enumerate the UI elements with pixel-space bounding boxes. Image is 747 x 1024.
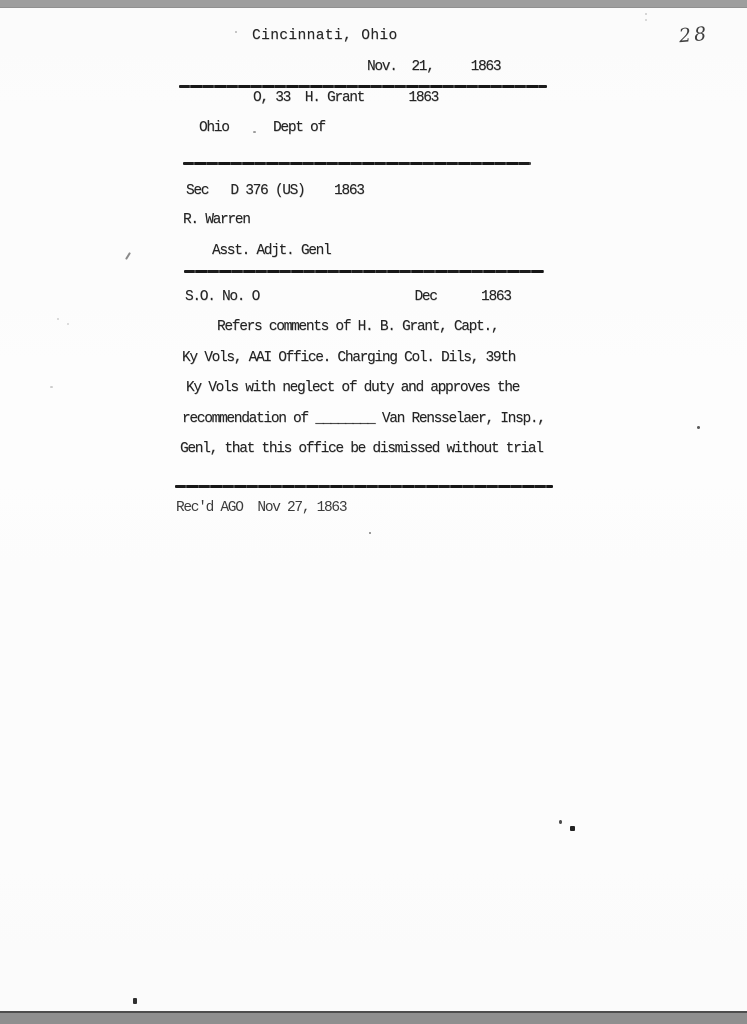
order-body-line-2: Ky Vols, AAI Office. Charging Col. Dils,…: [182, 351, 515, 366]
endorsement-title-line: Asst. Adjt. Genl: [212, 244, 330, 259]
received-line: Rec'd AGO Nov 27, 1863: [176, 501, 346, 516]
scan-edge-top: [0, 0, 747, 8]
ink-speck: [133, 998, 137, 1004]
order-body-line-4: recommendation of ________ Van Rensselae…: [182, 412, 545, 427]
ink-speck: [697, 426, 700, 429]
ink-speck: [253, 131, 256, 133]
divider-rule-4: [175, 485, 553, 488]
reference-dept-line: Ohio Dept of: [199, 121, 325, 136]
ink-speck: [67, 323, 69, 325]
ink-speck: [570, 826, 575, 831]
ink-speck: [50, 386, 53, 388]
scan-edge-bottom: [0, 1011, 747, 1024]
scanned-document-page: 28 Cincinnati, Ohio Nov. 21, 1863 O, 33 …: [0, 0, 747, 1024]
order-body-line-1: Refers comments of H. B. Grant, Capt.,: [217, 320, 498, 335]
endorsement-name-line: R. Warren: [183, 213, 250, 228]
divider-rule-1: [179, 85, 547, 88]
order-body-line-3: Ky Vols with neglect of duty and approve…: [186, 381, 519, 396]
ink-speck: [57, 318, 59, 320]
reference-citation-line: O, 33 H. Grant 1863: [253, 91, 438, 106]
order-body-line-5: Genl, that this office be dismissed with…: [180, 442, 543, 457]
divider-rule-2: [183, 162, 531, 165]
ink-speck: [235, 31, 237, 33]
special-order-heading: S.O. No. O Dec 1863: [185, 290, 511, 305]
date-line: Nov. 21, 1863: [367, 60, 500, 75]
ink-speck: [645, 19, 647, 21]
stray-pen-mark: [125, 252, 131, 260]
divider-rule-3: [184, 270, 544, 273]
ink-speck: [559, 820, 562, 824]
location-line: Cincinnati, Ohio: [252, 29, 398, 44]
ink-speck: [369, 532, 371, 534]
ink-speck: [645, 13, 647, 15]
handwritten-page-number: 28: [678, 25, 710, 47]
endorsement-citation-line: Sec D 376 (US) 1863: [186, 184, 364, 199]
